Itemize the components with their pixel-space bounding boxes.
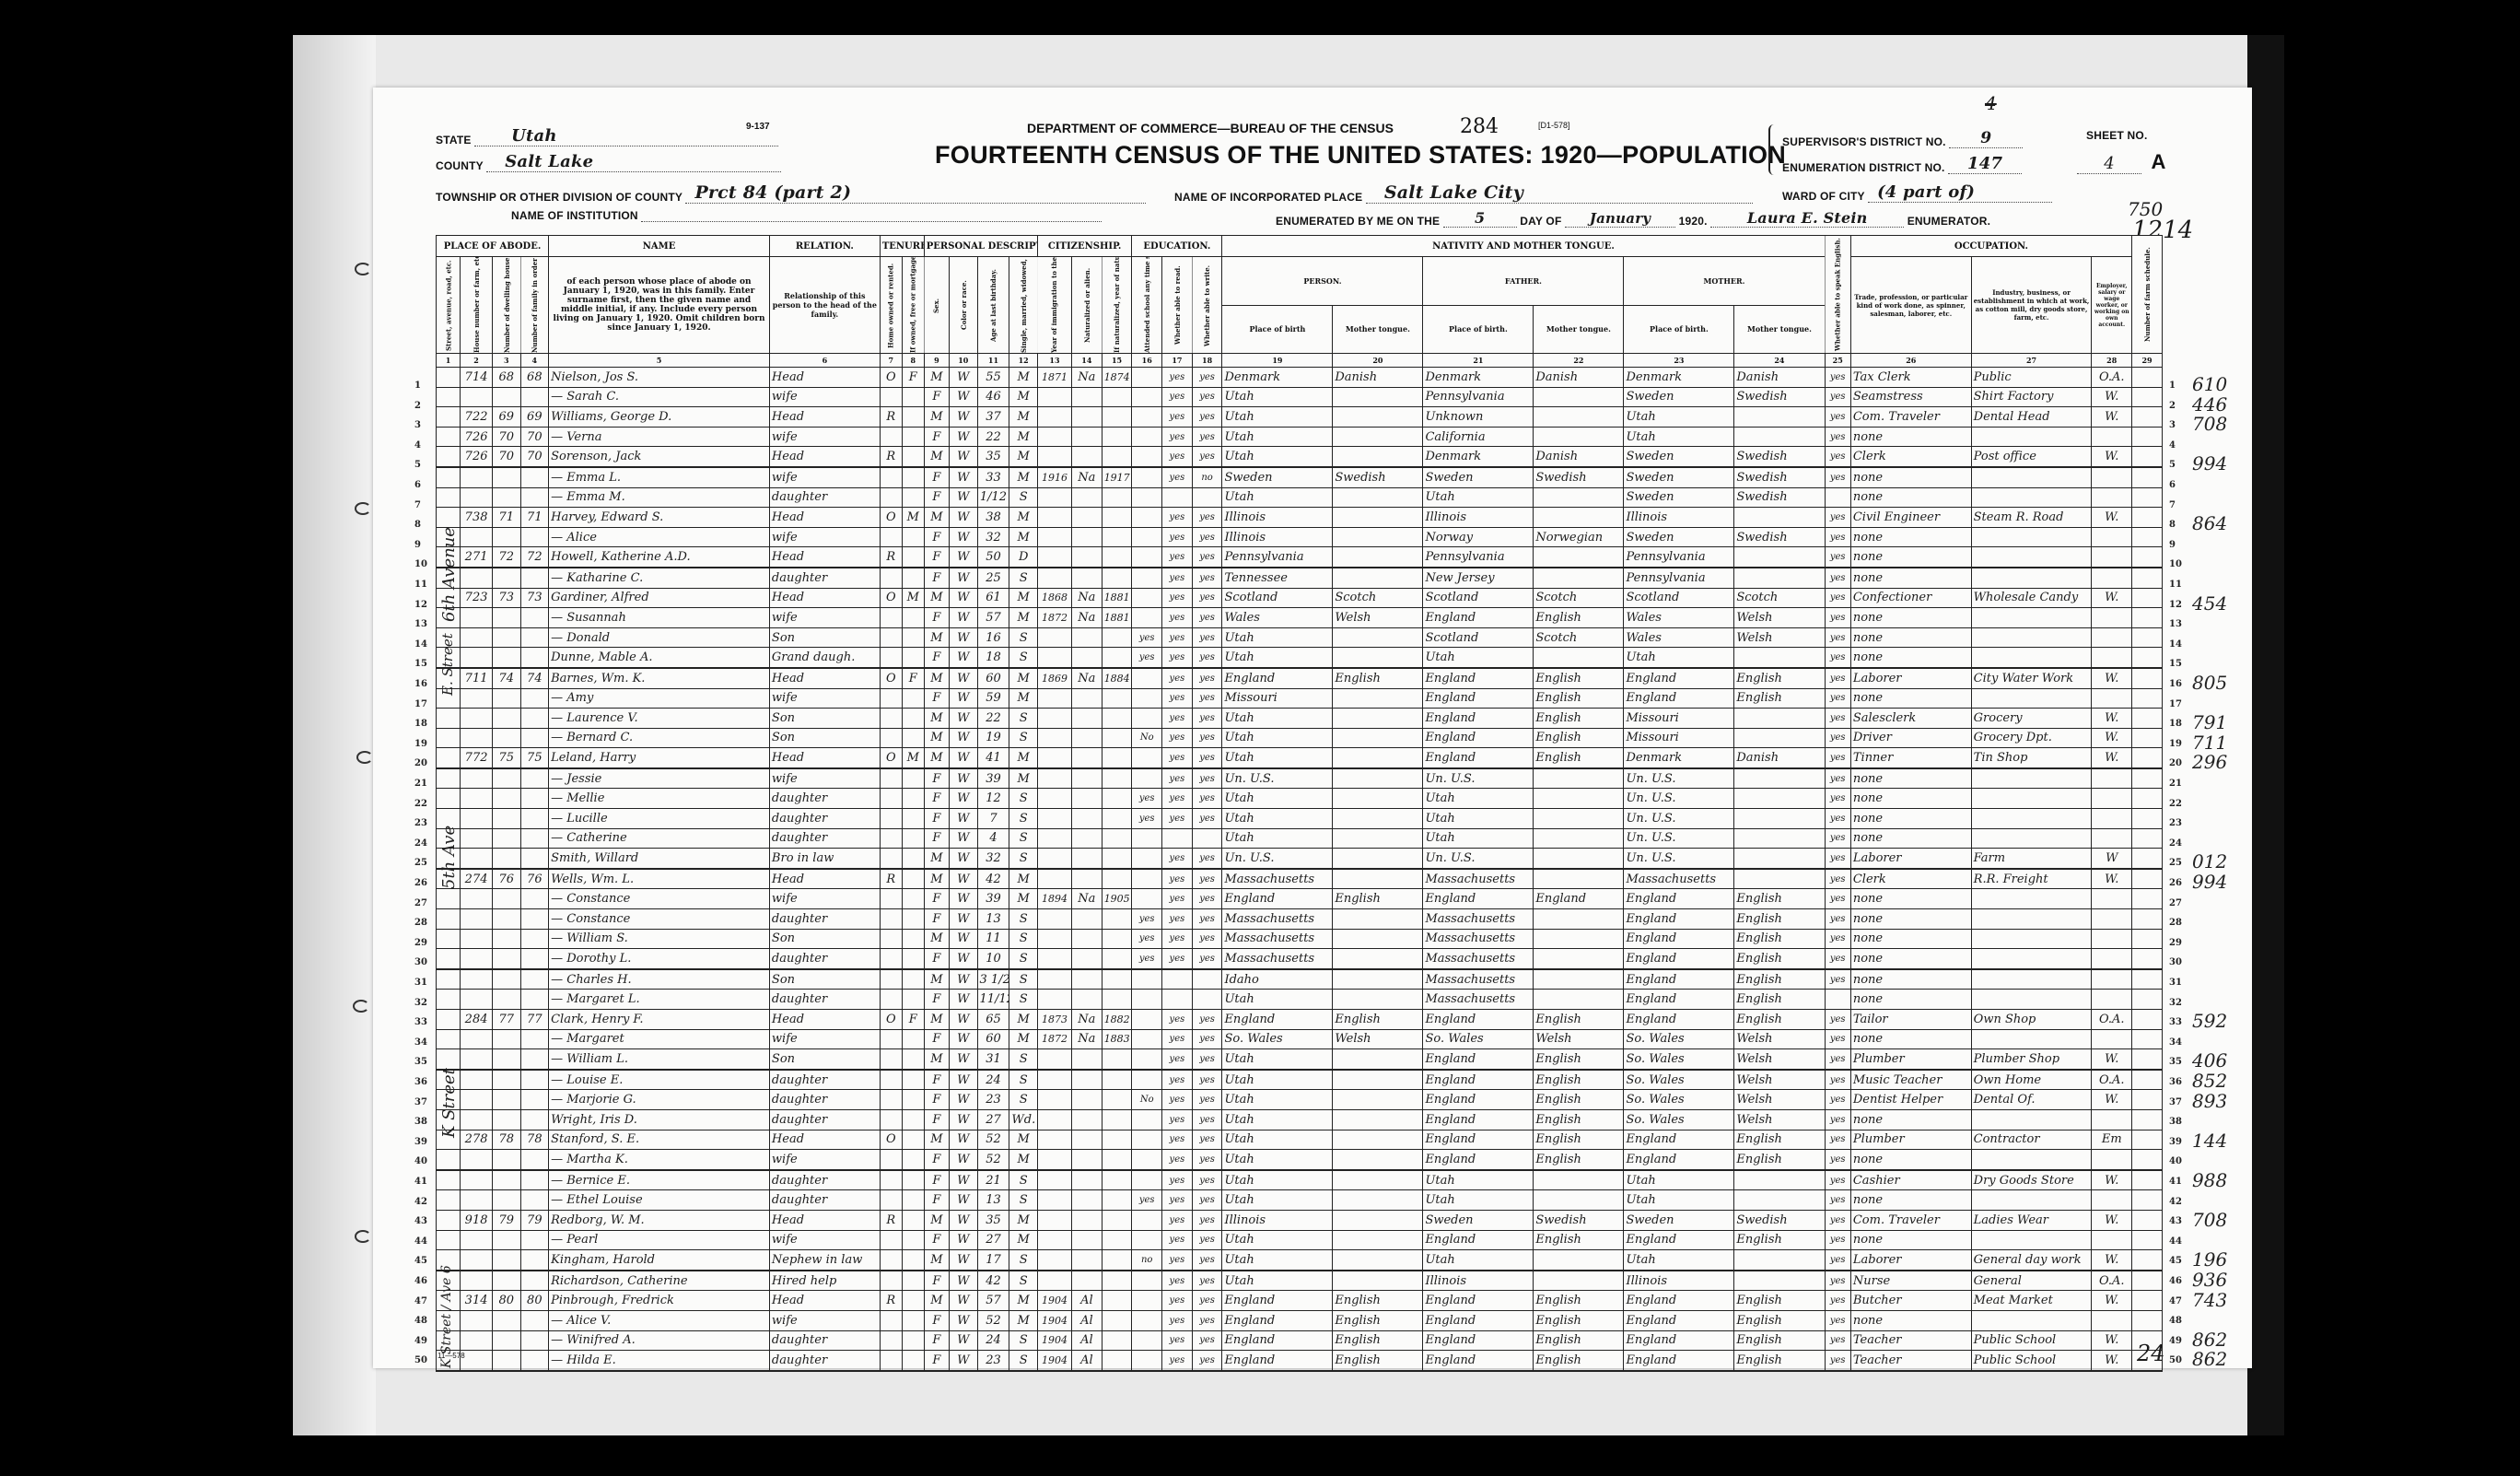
- cell-ftongue: [1534, 768, 1624, 789]
- cell-ftongue: English: [1534, 1150, 1624, 1170]
- cell-ftongue: Welsh: [1534, 1029, 1624, 1049]
- column-number: 2: [461, 354, 493, 368]
- cell-read: yes: [1162, 588, 1193, 608]
- cell-school: [1132, 1150, 1162, 1170]
- cell-house: [461, 1330, 493, 1351]
- cell-school: [1132, 1130, 1162, 1150]
- cell-race: W: [950, 728, 978, 748]
- line-number-left: 46: [414, 1276, 427, 1286]
- cell-age: 18: [977, 648, 1009, 668]
- line-number-right: 17: [2169, 699, 2182, 709]
- cell-read: yes: [1162, 849, 1193, 869]
- cell-ftongue: English: [1534, 1291, 1624, 1311]
- cell-farm: [2132, 789, 2163, 809]
- line-number-right: 6: [2169, 480, 2176, 490]
- cell-school: [1132, 668, 1162, 688]
- cell-pob: Utah: [1222, 728, 1333, 748]
- cell-immig: [1037, 709, 1071, 729]
- cell-mtongue: [1734, 768, 1825, 789]
- cell-free: [902, 1351, 924, 1371]
- cell-sex: M: [924, 728, 949, 748]
- cell-trade: none: [1850, 688, 1971, 709]
- line-number-left: 28: [414, 918, 427, 928]
- cell-mtongue: English: [1734, 969, 1825, 990]
- cell-race: W: [950, 527, 978, 547]
- cell-relation: wife: [769, 688, 880, 709]
- cell-mtongue: Welsh: [1734, 1070, 1825, 1090]
- cell-age: 17: [977, 1250, 1009, 1271]
- cell-nat: [1072, 547, 1102, 568]
- cell-nat: [1072, 407, 1102, 428]
- cell-class: O.A.: [2092, 1271, 2132, 1291]
- cell-mpob: Utah: [1624, 648, 1734, 668]
- cell-mpob: England: [1624, 969, 1734, 990]
- cell-tongue: [1333, 969, 1423, 990]
- cell-house: 284: [461, 1010, 493, 1030]
- cell-natyear: [1102, 1291, 1132, 1311]
- line-number-right: 41: [2169, 1177, 2182, 1187]
- cell-fpob: England: [1423, 668, 1534, 688]
- cell-farm: [2132, 1109, 2163, 1130]
- cell-read: yes: [1162, 447, 1193, 467]
- cell-mpob: England: [1624, 909, 1734, 930]
- cell-class: [2092, 1310, 2132, 1330]
- cell-name: — Louise E.: [549, 1070, 770, 1090]
- cell-house: 918: [461, 1210, 493, 1230]
- cell-marital: M: [1009, 427, 1038, 447]
- column-number: 26: [1850, 354, 1971, 368]
- township-value: Prct 84 (part 2): [694, 182, 851, 203]
- line-number-left: 16: [414, 679, 427, 689]
- cell-pob: Utah: [1222, 648, 1333, 668]
- cell-immig: [1037, 990, 1071, 1010]
- cell-immig: [1037, 1190, 1071, 1211]
- cell-write: yes: [1192, 1230, 1222, 1250]
- table-row: 7727575Leland, HarryHeadOMMW41MyesyesUta…: [437, 748, 2163, 768]
- cell-tongue: [1333, 627, 1423, 648]
- cell-sex: F: [924, 527, 949, 547]
- cell-house: [461, 1190, 493, 1211]
- cell-trade: Driver: [1850, 728, 1971, 748]
- cell-tongue: English: [1333, 889, 1423, 909]
- cell-house: [461, 728, 493, 748]
- cell-pob: Utah: [1222, 627, 1333, 648]
- cell-relation: daughter: [769, 1190, 880, 1211]
- cell-name: Stanford, S. E.: [549, 1130, 770, 1150]
- table-row: — Bernard C.SonMW19SNoyesyesUtahEnglandE…: [437, 728, 2163, 748]
- cell-trade: Salesclerk: [1850, 709, 1971, 729]
- cell-mtongue: English: [1734, 990, 1825, 1010]
- institution-field: NAME OF INSTITUTION: [511, 209, 1102, 222]
- cell-race: W: [950, 869, 978, 889]
- cell-trade: Laborer: [1850, 1250, 1971, 1271]
- cell-pob: Illinois: [1222, 508, 1333, 528]
- cell-fpob: Utah: [1423, 648, 1534, 668]
- cell-nat: Al: [1072, 1351, 1102, 1371]
- margin-code-note: 406: [2192, 1049, 2227, 1072]
- cell-family: 80: [520, 1291, 549, 1311]
- cell-free: [902, 1230, 924, 1250]
- cell-age: 21: [977, 1170, 1009, 1190]
- cell-mpob: Pennsylvania: [1624, 568, 1734, 588]
- cell-age: 55: [977, 368, 1009, 388]
- cell-mtongue: English: [1734, 909, 1825, 930]
- cell-fpob: Scotland: [1423, 588, 1534, 608]
- punch-hole: [355, 1230, 371, 1243]
- col-13-header: Year of immigration to the United States…: [1037, 257, 1071, 354]
- cell-pob: Missouri: [1222, 688, 1333, 709]
- cell-pob: Idaho: [1222, 969, 1333, 990]
- line-number-right: 2: [2169, 401, 2176, 411]
- cell-marital: M: [1009, 748, 1038, 768]
- cell-family: 72: [520, 547, 549, 568]
- cell-class: W.: [2092, 387, 2132, 407]
- cell-read: yes: [1162, 648, 1193, 668]
- cell-industry: Contractor: [1971, 1130, 2092, 1150]
- line-number-left: 7: [414, 500, 421, 510]
- cell-name: — Jessie: [549, 768, 770, 789]
- cell-marital: M: [1009, 467, 1038, 487]
- cell-pob: Utah: [1222, 1190, 1333, 1211]
- cell-owned: R: [880, 407, 902, 428]
- cell-school: [1132, 748, 1162, 768]
- line-number-left: 44: [414, 1236, 427, 1247]
- line-number-left: 38: [414, 1117, 427, 1127]
- cell-owned: [880, 789, 902, 809]
- scan-edge-right: [2247, 35, 2284, 1435]
- line-number-right: 43: [2169, 1216, 2182, 1226]
- cell-english: yes: [1825, 1250, 1850, 1271]
- cell-school: [1132, 608, 1162, 628]
- group-father: FATHER.: [1423, 257, 1624, 306]
- cell-name: — William L.: [549, 1049, 770, 1070]
- cell-nat: [1072, 1090, 1102, 1110]
- cell-immig: [1037, 1109, 1071, 1130]
- cell-pob: Utah: [1222, 447, 1333, 467]
- census-title: FOURTEENTH CENSUS OF THE UNITED STATES: …: [935, 141, 1786, 170]
- cell-relation: Head: [769, 668, 880, 688]
- cell-nat: Na: [1072, 467, 1102, 487]
- cell-family: [520, 1310, 549, 1330]
- line-number-left: 50: [414, 1355, 427, 1365]
- cell-trade: none: [1850, 1029, 1971, 1049]
- cell-english: yes: [1825, 588, 1850, 608]
- cell-read: yes: [1162, 547, 1193, 568]
- cell-tongue: [1333, 1190, 1423, 1211]
- cell-immig: [1037, 909, 1071, 930]
- cell-mpob: Sweden: [1624, 1210, 1734, 1230]
- cell-ftongue: English: [1534, 608, 1624, 628]
- cell-farm: [2132, 828, 2163, 849]
- cell-farm: [2132, 809, 2163, 829]
- cell-read: yes: [1162, 1230, 1193, 1250]
- cell-mtongue: [1734, 828, 1825, 849]
- cell-mtongue: [1734, 1250, 1825, 1271]
- cell-age: 33: [977, 467, 1009, 487]
- cell-natyear: [1102, 909, 1132, 930]
- cell-pob: Pennsylvania: [1222, 547, 1333, 568]
- group-abode: PLACE OF ABODE.: [437, 236, 549, 257]
- cell-read: [1162, 487, 1193, 508]
- table-row: — Charles H.SonMW3 1/2SIdahoMassachusett…: [437, 969, 2163, 990]
- cell-farm: [2132, 929, 2163, 949]
- incorporated-value: Salt Lake City: [1384, 182, 1523, 203]
- cell-natyear: [1102, 688, 1132, 709]
- cell-school: [1132, 1271, 1162, 1291]
- cell-natyear: [1102, 427, 1132, 447]
- cell-owned: [880, 608, 902, 628]
- cell-read: yes: [1162, 508, 1193, 528]
- cell-tongue: [1333, 547, 1423, 568]
- table-row: — Winifred A.daughterFW24S1904AlyesyesEn…: [437, 1330, 2163, 1351]
- line-number-right: 48: [2169, 1316, 2182, 1326]
- cell-house: [461, 608, 493, 628]
- cell-nat: [1072, 969, 1102, 990]
- cell-tongue: [1333, 1130, 1423, 1150]
- cell-owned: R: [880, 869, 902, 889]
- cell-age: 16: [977, 627, 1009, 648]
- line-number-right: 22: [2169, 799, 2182, 809]
- cell-trade: Tax Clerk: [1850, 368, 1971, 388]
- cell-free: [902, 1090, 924, 1110]
- line-number-right: 10: [2169, 559, 2182, 569]
- line-number-left: 13: [414, 619, 427, 629]
- cell-name: — Laurence V.: [549, 709, 770, 729]
- cell-nat: [1072, 869, 1102, 889]
- cell-name: — Catherine: [549, 828, 770, 849]
- cell-industry: Plumber Shop: [1971, 1049, 2092, 1070]
- table-row: — Marjorie G.daughterFW23SNoyesyesUtahEn…: [437, 1090, 2163, 1110]
- line-number-left: 10: [414, 559, 427, 569]
- cell-read: yes: [1162, 768, 1193, 789]
- cell-farm: [2132, 969, 2163, 990]
- cell-dwelling: 68: [493, 368, 521, 388]
- cell-house: [461, 990, 493, 1010]
- cell-sex: F: [924, 1271, 949, 1291]
- cell-mtongue: Swedish: [1734, 387, 1825, 407]
- cell-read: yes: [1162, 1049, 1193, 1070]
- cell-sex: F: [924, 1070, 949, 1090]
- col-23-header: Place of birth.: [1624, 305, 1734, 354]
- cell-age: 52: [977, 1130, 1009, 1150]
- cell-natyear: 1884: [1102, 668, 1132, 688]
- cell-street: [437, 1170, 461, 1190]
- cell-family: [520, 467, 549, 487]
- cell-tongue: [1333, 1090, 1423, 1110]
- cell-class: [2092, 467, 2132, 487]
- cell-natyear: [1102, 728, 1132, 748]
- cell-owned: [880, 929, 902, 949]
- township-field: TOWNSHIP OR OTHER DIVISION OF COUNTY Prc…: [436, 182, 1146, 204]
- cell-school: [1132, 869, 1162, 889]
- cell-nat: [1072, 849, 1102, 869]
- cell-nat: [1072, 748, 1102, 768]
- cell-natyear: [1102, 1271, 1132, 1291]
- cell-immig: [1037, 487, 1071, 508]
- cell-race: W: [950, 1271, 978, 1291]
- cell-tongue: [1333, 929, 1423, 949]
- cell-relation: daughter: [769, 1109, 880, 1130]
- cell-relation: wife: [769, 427, 880, 447]
- cell-english: yes: [1825, 768, 1850, 789]
- sheet-field: 4 A: [2077, 150, 2165, 174]
- cell-name: Nielson, Jos S.: [549, 368, 770, 388]
- cell-trade: Clerk: [1850, 447, 1971, 467]
- cell-age: 13: [977, 909, 1009, 930]
- cell-mpob: England: [1624, 1330, 1734, 1351]
- cell-family: [520, 1070, 549, 1090]
- table-row: — JessiewifeFW39MyesyesUn. U.S.Un. U.S.U…: [437, 768, 2163, 789]
- cell-school: [1132, 427, 1162, 447]
- crossed-out-district: 4: [1985, 92, 1997, 114]
- cell-nat: Na: [1072, 1010, 1102, 1030]
- cell-owned: [880, 387, 902, 407]
- cell-pob: Utah: [1222, 990, 1333, 1010]
- cell-mtongue: Welsh: [1734, 608, 1825, 628]
- cell-school: [1132, 688, 1162, 709]
- cell-write: yes: [1192, 789, 1222, 809]
- cell-sex: M: [924, 1010, 949, 1030]
- cell-house: [461, 809, 493, 829]
- cell-sex: M: [924, 508, 949, 528]
- cell-nat: [1072, 1230, 1102, 1250]
- table-row: — Emma M.daughterFW1/12SUtahUtahSwedenSw…: [437, 487, 2163, 508]
- cell-family: [520, 949, 549, 969]
- cell-name: — Mellie: [549, 789, 770, 809]
- cell-relation: Head: [769, 1210, 880, 1230]
- col-22-header: Mother tongue.: [1534, 305, 1624, 354]
- cell-race: W: [950, 688, 978, 709]
- cell-race: W: [950, 1291, 978, 1311]
- cell-free: [902, 1330, 924, 1351]
- cell-owned: [880, 828, 902, 849]
- line-number-left: 49: [414, 1336, 427, 1346]
- cell-write: yes: [1192, 909, 1222, 930]
- cell-ftongue: [1534, 1250, 1624, 1271]
- cell-industry: [1971, 990, 2092, 1010]
- line-number-left: 40: [414, 1156, 427, 1166]
- cell-farm: [2132, 1049, 2163, 1070]
- cell-marital: M: [1009, 1230, 1038, 1250]
- cell-marital: S: [1009, 1170, 1038, 1190]
- cell-house: 726: [461, 427, 493, 447]
- cell-farm: [2132, 869, 2163, 889]
- cell-name: — Verna: [549, 427, 770, 447]
- cell-dwelling: [493, 1070, 521, 1090]
- table-row: — Emma L.wifeFW33M1916Na1917yesnoSwedenS…: [437, 467, 2163, 487]
- cell-mtongue: English: [1734, 1010, 1825, 1030]
- cell-read: yes: [1162, 1210, 1193, 1230]
- cell-industry: [1971, 627, 2092, 648]
- cell-mpob: Illinois: [1624, 1271, 1734, 1291]
- col-9-header: Sex.: [924, 257, 949, 354]
- table-row: 7267070— VernawifeFW22MyesyesUtahCalifor…: [437, 427, 2163, 447]
- cell-write: yes: [1192, 588, 1222, 608]
- column-number: 4: [520, 354, 549, 368]
- cell-natyear: [1102, 709, 1132, 729]
- cell-sex: F: [924, 688, 949, 709]
- cell-ftongue: [1534, 1170, 1624, 1190]
- cell-mpob: Utah: [1624, 407, 1734, 428]
- table-row: — Dorothy L.daughterFW10SyesyesyesMassac…: [437, 949, 2163, 969]
- cell-pob: Scotland: [1222, 588, 1333, 608]
- line-number-left: 27: [414, 898, 427, 908]
- cell-pob: So. Wales: [1222, 1029, 1333, 1049]
- cell-tongue: [1333, 1250, 1423, 1271]
- cell-read: yes: [1162, 1090, 1193, 1110]
- cell-trade: Dentist Helper: [1850, 1090, 1971, 1110]
- cell-english: yes: [1825, 1130, 1850, 1150]
- table-row: 7237373Gardiner, AlfredHeadOMMW61M1868Na…: [437, 588, 2163, 608]
- cell-fpob: England: [1423, 1150, 1534, 1170]
- margin-code-note: 446: [2192, 393, 2227, 416]
- cell-owned: O: [880, 668, 902, 688]
- cell-read: yes: [1162, 1150, 1193, 1170]
- cell-owned: [880, 1190, 902, 1211]
- line-number-right: 44: [2169, 1236, 2182, 1247]
- cell-race: W: [950, 949, 978, 969]
- cell-fpob: England: [1423, 748, 1534, 768]
- column-number: 12: [1009, 354, 1038, 368]
- cell-mpob: England: [1624, 889, 1734, 909]
- cell-mtongue: English: [1734, 1130, 1825, 1150]
- cell-ftongue: Swedish: [1534, 467, 1624, 487]
- line-number-right: 9: [2169, 540, 2176, 550]
- cell-age: 50: [977, 547, 1009, 568]
- cell-nat: [1072, 728, 1102, 748]
- cell-mtongue: English: [1734, 1291, 1825, 1311]
- cell-pob: Massachusetts: [1222, 949, 1333, 969]
- cell-relation: daughter: [769, 789, 880, 809]
- line-number-left: 35: [414, 1057, 427, 1067]
- table-row: — AlicewifeFW32MyesyesIllinoisNorwayNorw…: [437, 527, 2163, 547]
- cell-class: W.: [2092, 1210, 2132, 1230]
- cell-school: [1132, 467, 1162, 487]
- cell-tongue: [1333, 447, 1423, 467]
- cell-trade: Cashier: [1850, 1170, 1971, 1190]
- cell-family: [520, 1090, 549, 1110]
- cell-name: — Dorothy L.: [549, 949, 770, 969]
- cell-name: Richardson, Catherine: [549, 1271, 770, 1291]
- table-row: 2847777Clark, Henry F.HeadOFMW65M1873Na1…: [437, 1010, 2163, 1030]
- column-number-row: 1234567891011121314151617181920212223242…: [437, 354, 2163, 368]
- cell-free: [902, 467, 924, 487]
- cell-english: yes: [1825, 608, 1850, 628]
- cell-immig: [1037, 1230, 1071, 1250]
- cell-free: M: [902, 588, 924, 608]
- margin-code-note: 610: [2192, 373, 2227, 395]
- cell-write: yes: [1192, 407, 1222, 428]
- cell-fpob: Denmark: [1423, 447, 1534, 467]
- column-number: 25: [1825, 354, 1850, 368]
- cell-house: 274: [461, 869, 493, 889]
- line-number-right: 28: [2169, 918, 2182, 928]
- cell-class: O.A.: [2092, 1010, 2132, 1030]
- cell-write: yes: [1192, 1090, 1222, 1110]
- cell-house: 772: [461, 748, 493, 768]
- cell-school: [1132, 547, 1162, 568]
- cell-free: [902, 1271, 924, 1291]
- cell-ftongue: English: [1534, 1010, 1624, 1030]
- cell-read: yes: [1162, 1010, 1193, 1030]
- cell-mpob: Missouri: [1624, 709, 1734, 729]
- cell-tongue: [1333, 1049, 1423, 1070]
- cell-family: [520, 1271, 549, 1291]
- street-annotation: K Street / Ave 6: [439, 1221, 454, 1368]
- cell-nat: [1072, 447, 1102, 467]
- cell-tongue: [1333, 427, 1423, 447]
- cell-relation: daughter: [769, 568, 880, 588]
